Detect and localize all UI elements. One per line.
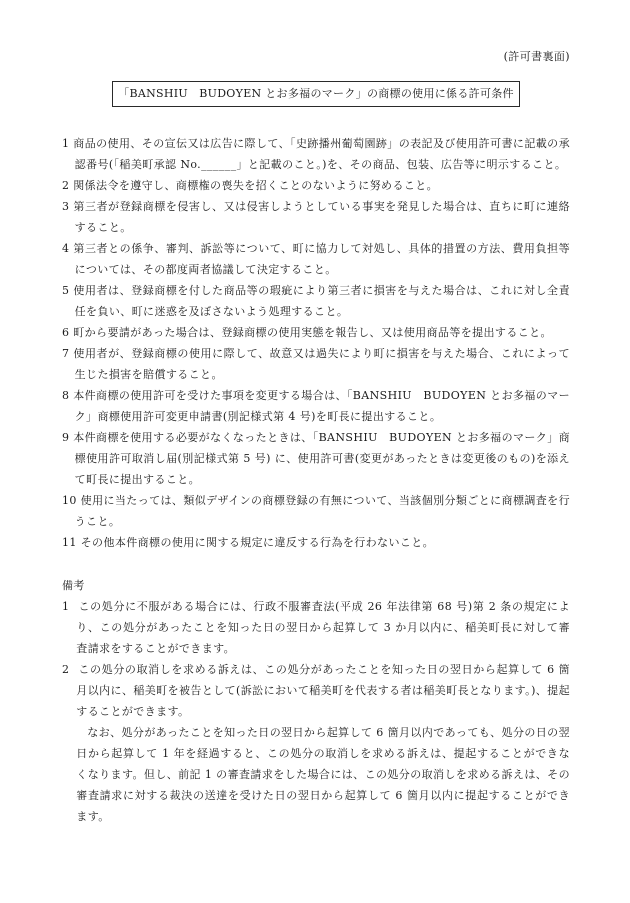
condition-text: 使用者は、登録商標を付した商品等の瑕疵により第三者に損害を与えた場合は、これに対…	[73, 284, 570, 318]
condition-number: 3	[62, 200, 69, 213]
conditions-list: 1商品の使用、その宣伝又は広告に際して、「史跡播州葡萄園跡」の表記及び使用許可書…	[62, 133, 570, 553]
note-number: 1	[62, 600, 69, 613]
condition-item-3: 3第三者が登録商標を侵害し、又は侵害しようとしている事実を発見した場合は、直ちに…	[62, 196, 570, 238]
note-text: この処分に不服がある場合には、行政不服審査法(平成 26 年法律第 68 号)第…	[76, 600, 570, 655]
corner-label: (許可書裏面)	[62, 46, 570, 67]
condition-item-1: 1商品の使用、その宣伝又は広告に際して、「史跡播州葡萄園跡」の表記及び使用許可書…	[62, 133, 570, 175]
condition-number: 1	[62, 137, 69, 150]
note-paragraph: 2この処分の取消しを求める訴えは、この処分があったことを知った日の翌日から起算し…	[62, 659, 570, 722]
note-text: この処分の取消しを求める訴えは、この処分があったことを知った日の翌日から起算して…	[76, 663, 570, 718]
note-item-1: 1この処分に不服がある場合には、行政不服審査法(平成 26 年法律第 68 号)…	[62, 596, 570, 659]
condition-item-6: 6町から要請があった場合は、登録商標の使用実態を報告し、又は使用商品等を提出する…	[62, 322, 570, 343]
condition-text: 使用者が、登録商標の使用に際して、故意又は過失により町に損害を与えた場合、これに…	[73, 347, 570, 381]
condition-number: 11	[62, 536, 77, 549]
condition-item-9: 9本件商標を使用する必要がなくなったときは、「BANSHIU BUDOYEN と…	[62, 427, 570, 490]
condition-item-2: 2関係法令を遵守し、商標権の喪失を招くことのないように努めること。	[62, 175, 570, 196]
condition-text: その他本件商標の使用に関する規定に違反する行為を行わないこと。	[81, 536, 434, 549]
permit-back-page: (許可書裏面) 「BANSHIU BUDOYEN とお多福のマーク」の商標の使用…	[0, 0, 630, 903]
notes-section: 備考 1この処分に不服がある場合には、行政不服審査法(平成 26 年法律第 68…	[62, 575, 570, 827]
condition-number: 5	[62, 284, 69, 297]
condition-item-11: 11その他本件商標の使用に関する規定に違反する行為を行わないこと。	[62, 532, 570, 553]
condition-text: 町から要請があった場合は、登録商標の使用実態を報告し、又は使用商品等を提出するこ…	[73, 326, 552, 339]
condition-number: 10	[62, 494, 77, 507]
note-paragraph: なお、処分があったことを知った日の翌日から起算して 6 箇月以内であっても、処分…	[62, 722, 570, 827]
condition-text: 商品の使用、その宣伝又は広告に際して、「史跡播州葡萄園跡」の表記及び使用許可書に…	[73, 137, 570, 171]
condition-number: 4	[62, 242, 69, 255]
condition-number: 7	[62, 347, 69, 360]
condition-text: 使用に当たっては、類似デザインの商標登録の有無について、当該個別分類ごとに商標調…	[75, 494, 570, 528]
note-number: 2	[62, 663, 69, 676]
condition-text: 本件商標の使用許可を受けた事項を変更する場合は、「BANSHIU BUDOYEN…	[73, 389, 570, 423]
condition-number: 8	[62, 389, 69, 402]
condition-item-7: 7使用者が、登録商標の使用に際して、故意又は過失により町に損害を与えた場合、これ…	[62, 343, 570, 385]
condition-number: 6	[62, 326, 69, 339]
document-title: 「BANSHIU BUDOYEN とお多福のマーク」の商標の使用に係る許可条件	[112, 81, 520, 107]
condition-item-10: 10使用に当たっては、類似デザインの商標登録の有無について、当該個別分類ごとに商…	[62, 490, 570, 532]
note-paragraph: 1この処分に不服がある場合には、行政不服審査法(平成 26 年法律第 68 号)…	[62, 596, 570, 659]
condition-item-8: 8本件商標の使用許可を受けた事項を変更する場合は、「BANSHIU BUDOYE…	[62, 385, 570, 427]
condition-number: 9	[62, 431, 69, 444]
condition-item-4: 4第三者との係争、審判、訴訟等について、町に協力して対処し、具体的措置の方法、費…	[62, 238, 570, 280]
condition-text: 第三者が登録商標を侵害し、又は侵害しようとしている事実を発見した場合は、直ちに町…	[73, 200, 570, 234]
condition-text: 本件商標を使用する必要がなくなったときは、「BANSHIU BUDOYEN とお…	[73, 431, 570, 486]
condition-text: 第三者との係争、審判、訴訟等について、町に協力して対処し、具体的措置の方法、費用…	[73, 242, 570, 276]
notes-heading: 備考	[62, 575, 570, 596]
title-row: 「BANSHIU BUDOYEN とお多福のマーク」の商標の使用に係る許可条件	[62, 81, 570, 107]
condition-text: 関係法令を遵守し、商標権の喪失を招くことのないように努めること。	[73, 179, 438, 192]
condition-number: 2	[62, 179, 69, 192]
note-item-2: 2この処分の取消しを求める訴えは、この処分があったことを知った日の翌日から起算し…	[62, 659, 570, 827]
condition-item-5: 5使用者は、登録商標を付した商品等の瑕疵により第三者に損害を与えた場合は、これに…	[62, 280, 570, 322]
